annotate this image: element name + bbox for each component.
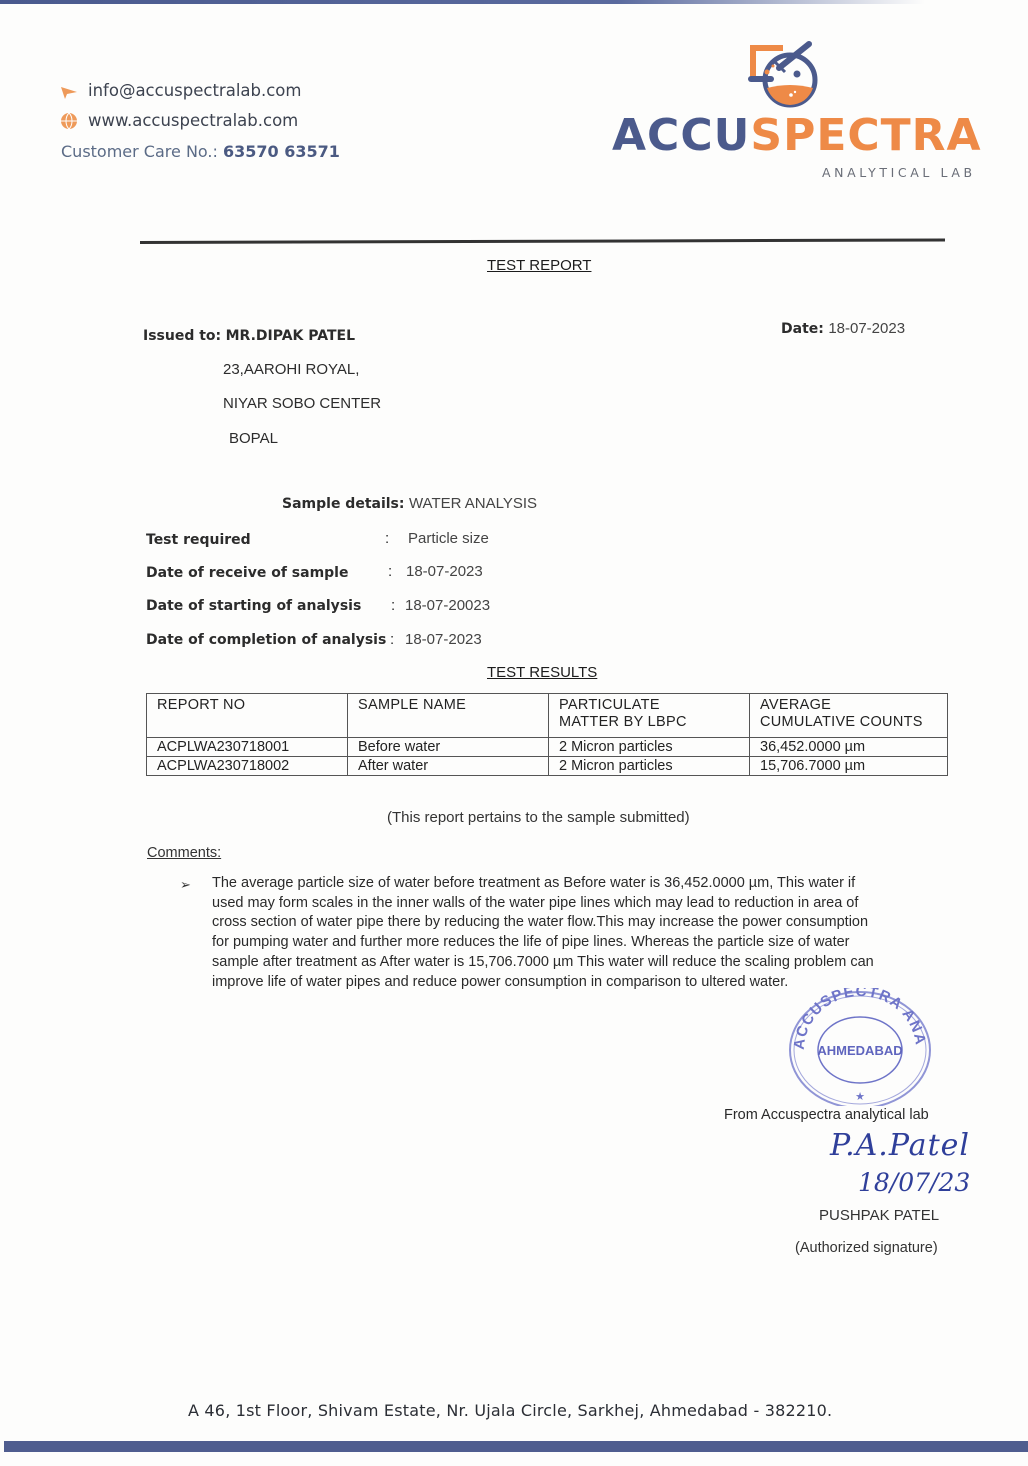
- address-line-2: NIYAR SOBO CENTER: [223, 395, 381, 412]
- contact-website[interactable]: www.accuspectralab.com: [88, 111, 298, 130]
- cell-sample-name: After water: [348, 757, 549, 776]
- signatory-role: (Authorized signature): [795, 1240, 938, 1256]
- comments-label: Comments:: [147, 845, 221, 861]
- lab-stamp: ACCUSPECTRA ANALYTICAL LAB AHMEDABAD ★: [788, 988, 932, 1106]
- issued-to-label: Issued to:: [143, 328, 221, 344]
- stamp-center-text: AHMEDABAD: [817, 1043, 902, 1058]
- comment-line: sample after treatment as After water is…: [212, 953, 947, 973]
- arrow-bullet-icon: ➢: [180, 877, 191, 893]
- cell-average-counts: 15,706.7000 µm: [750, 757, 948, 776]
- detail-sep: :: [385, 530, 389, 547]
- date-label: Date:: [781, 321, 824, 337]
- cell-average-counts: 36,452.0000 µm: [750, 738, 948, 757]
- customer-care-number: 63570 63571: [223, 142, 340, 161]
- contact-email-row: info@accuspectralab.com: [60, 81, 301, 100]
- cell-sample-name: Before water: [348, 738, 549, 757]
- paper-plane-icon: [60, 82, 78, 100]
- detail-label-test-required: Test required: [146, 532, 251, 548]
- issued-to-name: MR.DIPAK PATEL: [226, 328, 355, 344]
- comment-line: for pumping water and further more reduc…: [212, 933, 947, 953]
- detail-value-receive-date: 18-07-2023: [406, 563, 483, 580]
- results-table: REPORT NO SAMPLE NAME PARTICULATEMATTER …: [146, 693, 948, 776]
- brand-subtitle: ANALYTICAL LAB: [822, 165, 976, 180]
- column-header-sample-name: SAMPLE NAME: [348, 694, 549, 738]
- signatory-name: PUSHPAK PATEL: [819, 1207, 939, 1224]
- sample-details-label: Sample details:: [282, 496, 405, 512]
- detail-sep: :: [388, 563, 392, 580]
- sample-details: Sample details: WATER ANALYSIS: [282, 495, 537, 513]
- handwritten-signature: P.A.Patel: [830, 1128, 970, 1163]
- results-title: TEST RESULTS: [487, 664, 597, 681]
- cell-report-no: ACPLWA230718001: [147, 738, 348, 757]
- report-date: Date: 18-07-2023: [781, 320, 905, 338]
- cell-particulate: 2 Micron particles: [549, 757, 750, 776]
- star-icon: ★: [855, 1090, 865, 1103]
- signature-from: From Accuspectra analytical lab: [724, 1107, 929, 1123]
- handwritten-date: 18/07/23: [858, 1168, 970, 1197]
- contact-website-row: www.accuspectralab.com: [60, 111, 298, 130]
- top-border-strip: [0, 0, 1028, 4]
- report-title: TEST REPORT: [487, 257, 591, 274]
- detail-value-completion-date: 18-07-2023: [405, 631, 482, 648]
- report-note: (This report pertains to the sample subm…: [387, 809, 690, 826]
- header-divider: [140, 238, 945, 244]
- detail-value-start-date: 18-07-20023: [405, 597, 490, 614]
- customer-care: Customer Care No.: 63570 63571: [61, 142, 340, 161]
- contact-email[interactable]: info@accuspectralab.com: [88, 81, 301, 100]
- issued-to: Issued to: MR.DIPAK PATEL: [143, 327, 355, 345]
- stamp-ring-text: ACCUSPECTRA ANALYTICAL LAB: [788, 988, 929, 1050]
- globe-icon: [60, 112, 78, 130]
- comment-line: cross section of water pipe there by red…: [212, 913, 947, 933]
- comment-line: used may form scales in the inner walls …: [212, 894, 947, 914]
- brand-part-2: SPECTRA: [750, 110, 981, 161]
- address-line-3: BOPAL: [229, 430, 278, 447]
- detail-label-completion-date: Date of completion of analysis: [146, 632, 386, 648]
- table-row: ACPLWA230718002 After water 2 Micron par…: [147, 757, 948, 776]
- comments-paragraph: The average particle size of water befor…: [212, 874, 947, 992]
- cell-particulate: 2 Micron particles: [549, 738, 750, 757]
- sample-details-value: WATER ANALYSIS: [409, 495, 537, 512]
- table-header-row: REPORT NO SAMPLE NAME PARTICULATEMATTER …: [147, 694, 948, 738]
- footer-address: A 46, 1st Floor, Shivam Estate, Nr. Ujal…: [188, 1401, 832, 1420]
- bottom-border-strip: [4, 1441, 1028, 1452]
- brand-part-1: ACCU: [612, 110, 750, 161]
- detail-label-start-date: Date of starting of analysis: [146, 598, 361, 614]
- detail-sep: :: [391, 597, 395, 614]
- microscope-flask-icon: [745, 40, 825, 110]
- date-value: 18-07-2023: [828, 320, 905, 337]
- table-row: ACPLWA230718001 Before water 2 Micron pa…: [147, 738, 948, 757]
- column-header-particulate-matter: PARTICULATEMATTER BY LBPC: [549, 694, 750, 738]
- cell-report-no: ACPLWA230718002: [147, 757, 348, 776]
- comment-line: The average particle size of water befor…: [212, 874, 947, 894]
- detail-sep: :: [390, 631, 394, 648]
- address-line-1: 23,AAROHI ROYAL,: [223, 361, 359, 378]
- brand-wordmark: ACCUSPECTRA: [612, 114, 982, 158]
- svg-text:ACCUSPECTRA ANALYTICAL LAB: ACCUSPECTRA ANALYTICAL LAB: [788, 988, 929, 1050]
- detail-label-receive-date: Date of receive of sample: [146, 565, 348, 581]
- detail-value-test-required: Particle size: [408, 530, 489, 547]
- column-header-report-no: REPORT NO: [147, 694, 348, 738]
- column-header-average-counts: AVERAGECUMULATIVE COUNTS: [750, 694, 948, 738]
- customer-care-label: Customer Care No.:: [61, 142, 218, 161]
